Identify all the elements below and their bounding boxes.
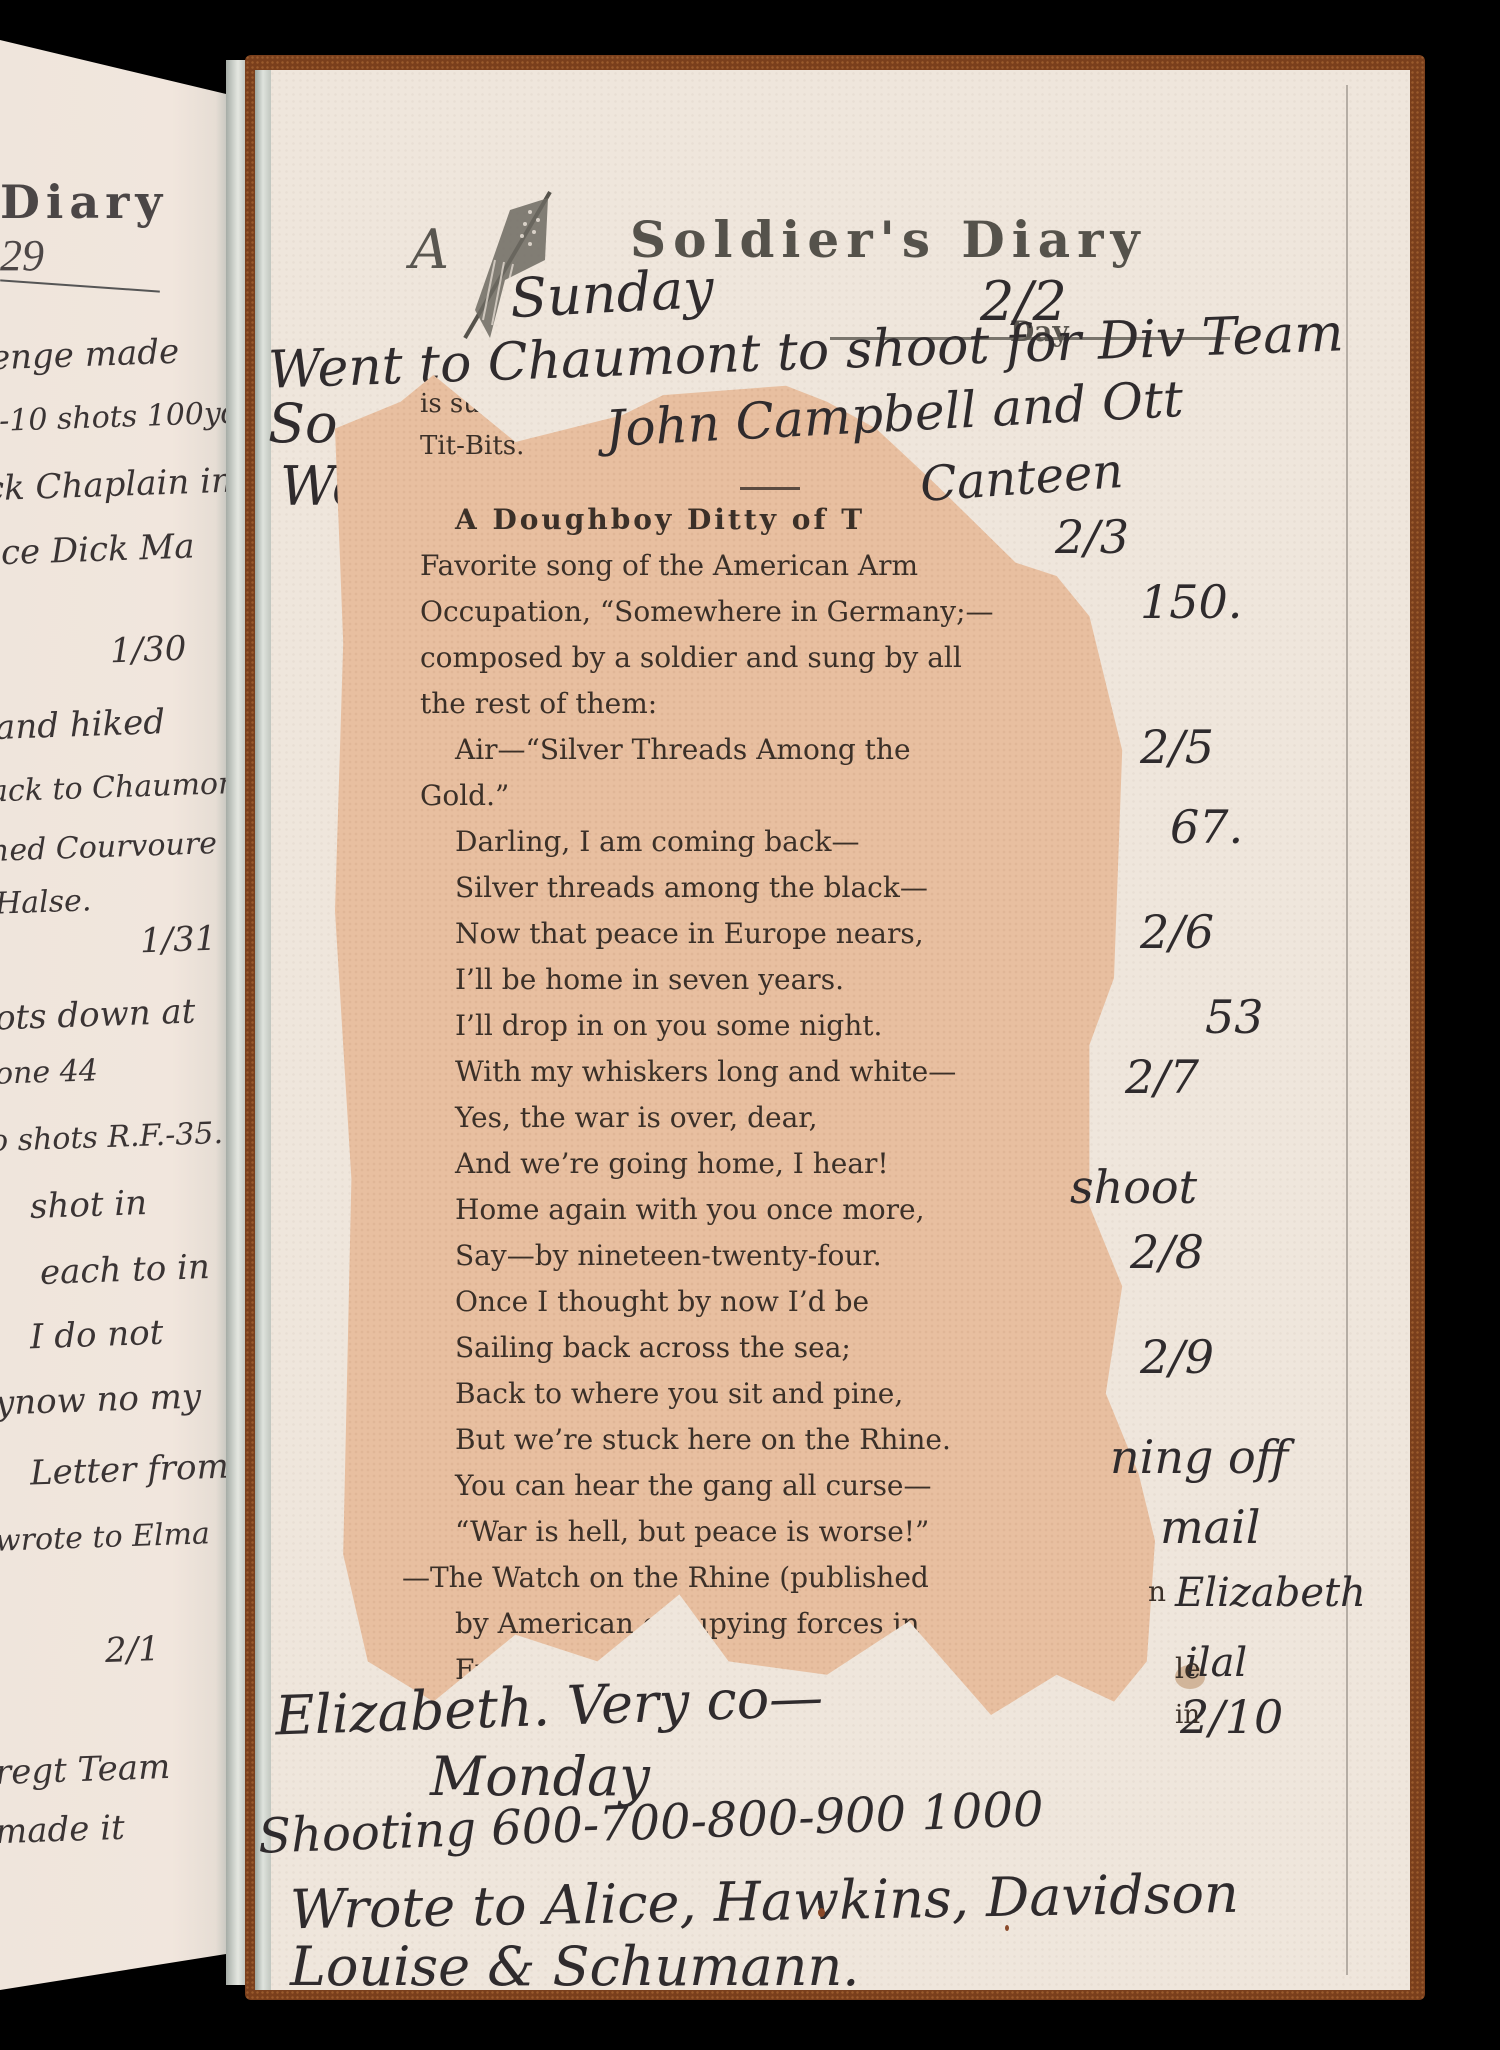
margin-handwritten-word: Elizabeth xyxy=(1175,1570,1366,1616)
verse-line: But we’re stuck here on the Rhine. xyxy=(420,1417,1140,1463)
handwritten-line: So xyxy=(268,392,338,455)
clipping-air-line: Gold.” xyxy=(420,773,1140,819)
verse-line: Sailing back across the sea; xyxy=(420,1325,1140,1371)
clipping-intro-line: composed by a soldier and sung by all xyxy=(420,635,1140,681)
left-handwritten-line: made it xyxy=(0,1808,125,1853)
left-page-header-rule xyxy=(0,279,160,292)
clipping-body: A Doughboy Ditty of T Favorite song of t… xyxy=(420,497,1140,1693)
margin-date-entry: 2/5 xyxy=(1140,720,1214,774)
left-handwritten-line: enge made xyxy=(0,332,180,379)
clipping-air-line: Air—“Silver Threads Among the xyxy=(420,727,1140,773)
page-margin-rule xyxy=(1346,85,1348,1975)
margin-date-entry: 2/9 xyxy=(1140,1330,1214,1384)
left-handwritten-line: hed Courvoure xyxy=(0,826,217,869)
verse-line: You can hear the gang all curse— xyxy=(420,1463,1140,1509)
clipping-intro-line: the rest of them: xyxy=(420,681,1140,727)
left-page-header-date: 29 xyxy=(0,230,44,281)
newspaper-clipping: is such Tit-Bits. A Doughboy Ditty of T … xyxy=(335,375,1155,1715)
left-handwritten-line: shot in xyxy=(29,1183,147,1227)
left-date-entry: 1/30 xyxy=(109,629,187,672)
left-handwritten-line: regt Team xyxy=(0,1747,171,1793)
left-date-entry: 2/1 xyxy=(104,1629,160,1671)
verse-line: Yes, the war is over, dear, xyxy=(420,1095,1140,1141)
margin-score-entry: 150. xyxy=(1140,575,1242,629)
margin-handwritten-word: ning off xyxy=(1110,1430,1288,1484)
left-handwritten-line: ice Dick Ma xyxy=(0,526,195,573)
clipping-bleed-through: n xyxy=(1148,1575,1166,1608)
left-handwritten-line: o shots R.F.-35. xyxy=(0,1116,224,1159)
left-handwritten-line: Letter from xyxy=(29,1447,229,1494)
verse-line: I’ll drop in on you some night. xyxy=(420,1003,1140,1049)
verse-line: Home again with you once more, xyxy=(420,1187,1140,1233)
clipping-bleed-through: le xyxy=(1175,1652,1201,1685)
ink-spot xyxy=(818,1908,825,1917)
verse-line: “War is hell, but peace is worse!” xyxy=(420,1509,1140,1555)
verse-line: Once I thought by now I’d be xyxy=(420,1279,1140,1325)
left-handwritten-line: wrote to Elma xyxy=(0,1516,210,1558)
margin-score-entry: 67. xyxy=(1170,800,1243,854)
verse-line: Back to where you sit and pine, xyxy=(420,1371,1140,1417)
left-handwritten-line: 6-10 shots 100yd xyxy=(0,395,241,439)
verse-line: Now that peace in Europe nears, xyxy=(420,911,1140,957)
margin-score-entry: 53 xyxy=(1205,990,1264,1044)
left-handwritten-line: ots down at xyxy=(0,992,196,1039)
clipping-separator xyxy=(740,487,800,490)
clipping-bleed-through: in xyxy=(1175,1700,1200,1730)
margin-date-entry: 2/3 xyxy=(1055,510,1129,564)
left-handwritten-line: ack to Chaumont xyxy=(0,765,250,809)
margin-date-entry: 2/6 xyxy=(1140,905,1214,959)
margin-date-entry: 2/7 xyxy=(1125,1050,1199,1104)
left-page-header-title: Diary xyxy=(0,175,168,229)
handwritten-day: Sunday xyxy=(508,257,715,331)
margin-handwritten-word: shoot xyxy=(1070,1160,1197,1214)
verse-line: With my whiskers long and white— xyxy=(420,1049,1140,1095)
previous-diary-page: Diary 29 enge made 6-10 shots 100yd ck C… xyxy=(0,40,245,1990)
left-handwritten-line: each to in xyxy=(39,1247,210,1293)
margin-date-entry: 2/8 xyxy=(1130,1225,1204,1279)
verse-line: And we’re going home, I hear! xyxy=(420,1141,1140,1187)
verse-line: Silver threads among the black— xyxy=(420,865,1140,911)
ink-spot xyxy=(1005,1925,1009,1931)
margin-handwritten-word: mail xyxy=(1160,1500,1260,1554)
verse-line: I’ll be home in seven years. xyxy=(420,957,1140,1003)
left-handwritten-line: I do not xyxy=(29,1313,164,1358)
left-handwritten-line: ck Chaplain in xyxy=(0,461,234,510)
header-prefix: A xyxy=(410,218,449,281)
left-handwritten-line: and hiked xyxy=(0,702,166,748)
clipping-attribution: —The Watch on the Rhine (published xyxy=(402,1555,1140,1601)
left-handwritten-line: ynow no my xyxy=(0,1376,202,1423)
handwritten-line: Louise & Schumann. xyxy=(290,1935,859,1998)
verse-line: Darling, I am coming back— xyxy=(420,819,1140,865)
left-date-entry: 1/31 xyxy=(139,919,217,962)
left-handwritten-line: one 44 xyxy=(0,1053,98,1092)
left-handwritten-line: Halse. xyxy=(0,883,92,921)
verse-line: Say—by nineteen-twenty-four. xyxy=(420,1233,1140,1279)
clipping-intro-line: Occupation, “Somewhere in Germany;— xyxy=(420,589,1140,635)
